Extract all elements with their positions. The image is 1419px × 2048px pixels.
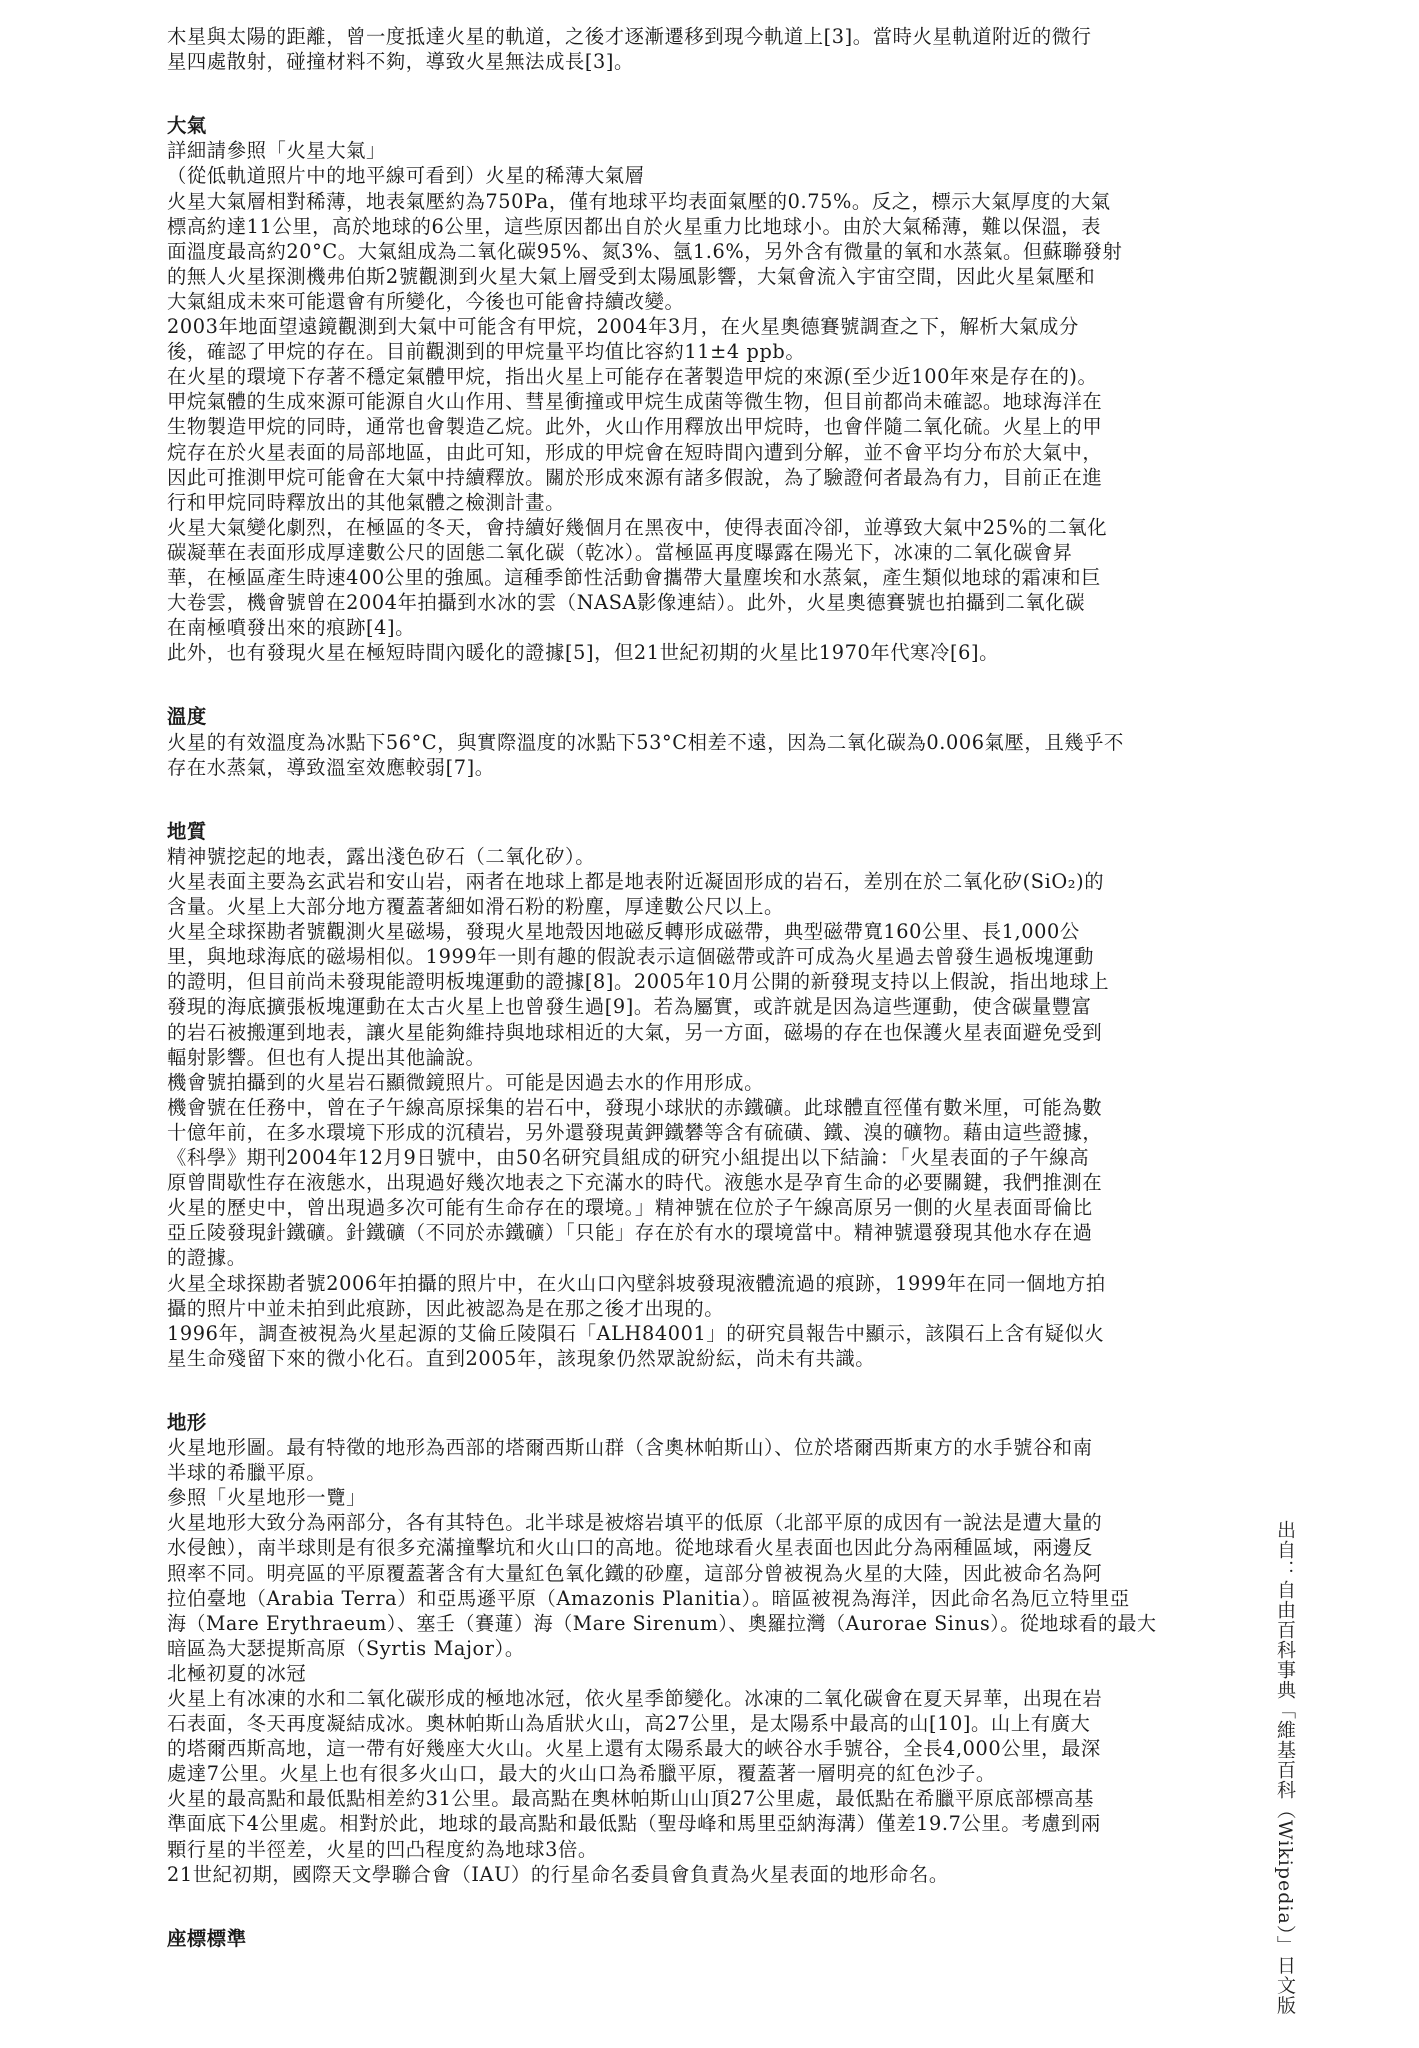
paragraph: 此外，也有發現火星在極短時間內暖化的證據[5]，但21世紀初期的火星比1970年… [167, 640, 1167, 665]
image-caption: （從低軌道照片中的地平線可看到）火星的稀薄大氣層 [167, 163, 1157, 188]
text-line: 的岩石被搬運到地表，讓火星能夠維持與地球相近的大氣，另一方面，磁場的存在也保護火… [167, 1020, 1157, 1045]
see-also-link: 參照「火星地形一覽」 [167, 1485, 1157, 1510]
text-line: 生物製造甲烷的同時，通常也會製造乙烷。此外，火山作用釋放出甲烷時，也會伴隨二氧化… [167, 414, 1157, 439]
image-caption: 北極初夏的冰冠 [167, 1661, 1157, 1686]
paragraph: 2003年地面望遠鏡觀測到大氣中可能含有甲烷，2004年3月，在火星奧德賽號調查… [167, 314, 1167, 364]
text-line: 在南極噴發出來的痕跡[4]。 [167, 615, 1157, 640]
source-attribution: 出自：自由百科事典「維基百科（Wikipedia）」日文版 [1270, 1520, 1300, 2015]
text-line: 在火星的環境下存著不穩定氣體甲烷，指出火星上可能存在著製造甲烷的來源(至少近10… [167, 364, 1157, 389]
text-line: 照率不同。明亮區的平原覆蓋著含有大量紅色氧化鐵的砂塵，這部分曾被視為火星的大陸，… [167, 1561, 1157, 1586]
paragraph: 火星大氣層相對稀薄，地表氣壓約為750Pa，僅有地球平均表面氣壓的0.75%。反… [167, 189, 1167, 314]
text-line: 海（Mare Erythraeum）、塞壬（賽蓮）海（Mare Sirenum）… [167, 1611, 1139, 1636]
text-line: 星四處散射，碰撞材料不夠，導致火星無法成長[3]。 [167, 49, 1157, 74]
text-line: 21世紀初期，國際天文學聯合會（IAU）的行星命名委員會負責為火星表面的地形命名… [167, 1862, 1157, 1887]
see-also-link: 詳細請參照「火星大氣」 [167, 138, 1157, 163]
text-line: 火星的最高點和最低點相差約31公里。最高點在奧林帕斯山山頂27公里處，最低點在希… [167, 1786, 1157, 1811]
section-terrain: 地形 火星地形圖。最有特徵的地形為西部的塔爾西斯山群（含奧林帕斯山）、位於塔爾西… [167, 1410, 1167, 1887]
text-line: 里，與地球海底的磁場相似。1999年一則有趣的假說表示這個磁帶或許可成為火星過去… [167, 944, 1157, 969]
section-heading-atmosphere: 大氣 [167, 113, 1157, 138]
paragraph: 火星地形大致分為兩部分，各有其特色。北半球是被熔岩填平的低原（北部平原的成因有一… [167, 1510, 1167, 1661]
paragraph: 火星表面主要為玄武岩和安山岩，兩者在地球上都是地表附近凝固形成的岩石，差別在於二… [167, 869, 1167, 919]
section-heading-coordinates: 座標標準 [167, 1926, 1157, 1951]
text-line: 發現的海底擴張板塊運動在太古火星上也曾發生過[9]。若為屬實，或許就是因為這些運… [167, 994, 1157, 1019]
section-temperature: 溫度 火星的有效溫度為冰點下56°C，與實際溫度的冰點下53°C相差不遠，因為二… [167, 704, 1167, 779]
text-line: 石表面，冬天再度凝結成冰。奧林帕斯山為盾狀火山，高27公里，是太陽系中最高的山[… [167, 1711, 1157, 1736]
image-caption: 機會號拍攝到的火星岩石顯微鏡照片。可能是因過去水的作用形成。 [167, 1070, 1157, 1095]
text-line: 火星的歷史中，曾出現過多次可能有生命存在的環境。」精神號在位於子午線高原另一側的… [167, 1195, 1157, 1220]
text-line: 火星的有效溫度為冰點下56°C，與實際溫度的冰點下53°C相差不遠，因為二氧化碳… [167, 730, 1157, 755]
paragraph: 火星全球探勘者號2006年拍攝的照片中，在火山口內壁斜坡發現液體流過的痕跡，19… [167, 1271, 1167, 1321]
text-line: 標高約達11公里，高於地球的6公里，這些原因都出自於火星重力比地球小。由於大氣稀… [167, 214, 1157, 239]
image-caption: 精神號挖起的地表，露出淺色矽石（二氧化矽）。 [167, 844, 1157, 869]
text-line: 火星地形大致分為兩部分，各有其特色。北半球是被熔岩填平的低原（北部平原的成因有一… [167, 1510, 1157, 1535]
text-line: 顆行星的半徑差，火星的凹凸程度約為地球3倍。 [167, 1837, 1157, 1862]
paragraph: 機會號在任務中，曾在子午線高原採集的岩石中，發現小球狀的赤鐵礦。此球體直徑僅有數… [167, 1095, 1167, 1271]
paragraph: 火星上有冰凍的水和二氧化碳形成的極地冰冠，依火星季節變化。冰凍的二氧化碳會在夏天… [167, 1686, 1167, 1786]
intro-paragraph: 木星與太陽的距離，曾一度抵達火星的軌道，之後才逐漸遷移到現今軌道上[3]。當時火… [167, 24, 1167, 74]
text-line: 大氣組成未來可能還會有所變化，今後也可能會持續改變。 [167, 289, 1157, 314]
section-heading-geology: 地質 [167, 819, 1157, 844]
text-line: 甲烷氣體的生成來源可能源自火山作用、彗星衝撞或甲烷生成菌等微生物，但目前都尚未確… [167, 389, 1157, 414]
text-line: 處達7公里。火星上也有很多火山口，最大的火山口為希臘平原，覆蓋著一層明亮的紅色沙… [167, 1761, 1157, 1786]
paragraph: 1996年，調查被視為火星起源的艾倫丘陵隕石「ALH84001」的研究員報告中顯… [167, 1321, 1167, 1371]
section-geology: 地質 精神號挖起的地表，露出淺色矽石（二氧化矽）。 火星表面主要為玄武岩和安山岩… [167, 819, 1167, 1371]
text-line: 星生命殘留下來的微小化石。直到2005年，該現象仍然眾說紛紜，尚未有共識。 [167, 1346, 1157, 1371]
text-line: 含量。火星上大部分地方覆蓋著細如滑石粉的粉塵，厚達數公尺以上。 [167, 894, 1157, 919]
text-line: 暗區為大瑟提斯高原（Syrtis Major）。 [167, 1636, 1157, 1661]
text-line: 的無人火星探測機弗伯斯2號觀測到火星大氣上層受到太陽風影響，大氣會流入宇宙空間，… [167, 264, 1157, 289]
text-line: 亞丘陵發現針鐵礦。針鐵礦（不同於赤鐵礦）「只能」存在於有水的環境當中。精神號還發… [167, 1220, 1157, 1245]
paragraph: 火星的最高點和最低點相差約31公里。最高點在奧林帕斯山山頂27公里處，最低點在希… [167, 1786, 1167, 1861]
text-line: 因此可推測甲烷可能會在大氣中持續釋放。關於形成來源有諸多假說，為了驗證何者最為有… [167, 465, 1157, 490]
section-heading-temperature: 溫度 [167, 704, 1157, 729]
image-caption: 半球的希臘平原。 [167, 1460, 1157, 1485]
section-coordinates: 座標標準 [167, 1926, 1167, 1951]
text-line: 火星上有冰凍的水和二氧化碳形成的極地冰冠，依火星季節變化。冰凍的二氧化碳會在夏天… [167, 1686, 1157, 1711]
text-line: 火星大氣層相對稀薄，地表氣壓約為750Pa，僅有地球平均表面氣壓的0.75%。反… [167, 189, 1157, 214]
text-line: 輻射影響。但也有人提出其他論說。 [167, 1045, 1157, 1070]
text-line: 2003年地面望遠鏡觀測到大氣中可能含有甲烷，2004年3月，在火星奧德賽號調查… [167, 314, 1157, 339]
text-line: 《科學》期刊2004年12月9日號中，由50名研究員組成的研究小組提出以下結論：… [167, 1145, 1157, 1170]
image-caption: 火星地形圖。最有特徵的地形為西部的塔爾西斯山群（含奧林帕斯山）、位於塔爾西斯東方… [167, 1435, 1157, 1460]
text-line: 碳凝華在表面形成厚達數公尺的固態二氧化碳（乾冰）。當極區再度曝露在陽光下，冰凍的… [167, 540, 1157, 565]
paragraph: 21世紀初期，國際天文學聯合會（IAU）的行星命名委員會負責為火星表面的地形命名… [167, 1862, 1167, 1887]
document-page: 木星與太陽的距離，曾一度抵達火星的軌道，之後才逐漸遷移到現今軌道上[3]。當時火… [167, 24, 1167, 1951]
text-line: 拉伯臺地（Arabia Terra）和亞馬遜平原（Amazonis Planit… [167, 1586, 1157, 1611]
text-line: 後，確認了甲烷的存在。目前觀測到的甲烷量平均值比容約11±4 ppb。 [167, 339, 1157, 364]
text-line: 面溫度最高約20°C。大氣組成為二氧化碳95%、氮3%、氬1.6%，另外含有微量… [167, 239, 1157, 264]
text-line: 火星表面主要為玄武岩和安山岩，兩者在地球上都是地表附近凝固形成的岩石，差別在於二… [167, 869, 1157, 894]
text-line: 火星大氣變化劇烈，在極區的冬天，會持續好幾個月在黑夜中，使得表面冷卻，並導致大氣… [167, 515, 1157, 540]
text-line: 原曾間歇性存在液態水，出現過好幾次地表之下充滿水的時代。液態水是孕育生命的必要關… [167, 1170, 1157, 1195]
text-line: 烷存在於火星表面的局部地區，由此可知，形成的甲烷會在短時間內遭到分解，並不會平均… [167, 440, 1157, 465]
text-line: 十億年前，在多水環境下形成的沉積岩，另外還發現黃鉀鐵礬等含有硫磺、鐵、溴的礦物。… [167, 1120, 1157, 1145]
text-line: 1996年，調查被視為火星起源的艾倫丘陵隕石「ALH84001」的研究員報告中顯… [167, 1321, 1157, 1346]
paragraph: 在火星的環境下存著不穩定氣體甲烷，指出火星上可能存在著製造甲烷的來源(至少近10… [167, 364, 1167, 515]
paragraph: 火星大氣變化劇烈，在極區的冬天，會持續好幾個月在黑夜中，使得表面冷卻，並導致大氣… [167, 515, 1167, 640]
text-line: 水侵蝕），南半球則是有很多充滿撞擊坑和火山口的高地。從地球看火星表面也因此分為兩… [167, 1535, 1157, 1560]
text-line: 的塔爾西斯高地，這一帶有好幾座大火山。火星上還有太陽系最大的峽谷水手號谷，全長4… [167, 1736, 1157, 1761]
paragraph: 火星的有效溫度為冰點下56°C，與實際溫度的冰點下53°C相差不遠，因為二氧化碳… [167, 730, 1167, 780]
text-line: 的證據。 [167, 1245, 1157, 1270]
text-line: 的證明，但目前尚未發現能證明板塊運動的證據[8]。2005年10月公開的新發現支… [167, 969, 1157, 994]
section-atmosphere: 大氣 詳細請參照「火星大氣」 （從低軌道照片中的地平線可看到）火星的稀薄大氣層 … [167, 113, 1167, 665]
text-line: 攝的照片中並未拍到此痕跡，因此被認為是在那之後才出現的。 [167, 1296, 1157, 1321]
text-line: 火星全球探勘者號觀測火星磁場，發現火星地殼因地磁反轉形成磁帶，典型磁帶寬160公… [167, 919, 1157, 944]
text-line: 大卷雲，機會號曾在2004年拍攝到水冰的雲（NASA影像連結）。此外，火星奧德賽… [167, 590, 1157, 615]
paragraph: 火星全球探勘者號觀測火星磁場，發現火星地殼因地磁反轉形成磁帶，典型磁帶寬160公… [167, 919, 1167, 1070]
section-heading-terrain: 地形 [167, 1410, 1157, 1435]
text-line: 此外，也有發現火星在極短時間內暖化的證據[5]，但21世紀初期的火星比1970年… [167, 640, 1157, 665]
text-line: 存在水蒸氣，導致溫室效應較弱[7]。 [167, 755, 1157, 780]
text-line: 行和甲烷同時釋放出的其他氣體之檢測計畫。 [167, 490, 1157, 515]
text-line: 木星與太陽的距離，曾一度抵達火星的軌道，之後才逐漸遷移到現今軌道上[3]。當時火… [167, 24, 1157, 49]
text-line: 機會號在任務中，曾在子午線高原採集的岩石中，發現小球狀的赤鐵礦。此球體直徑僅有數… [167, 1095, 1157, 1120]
text-line: 火星全球探勘者號2006年拍攝的照片中，在火山口內壁斜坡發現液體流過的痕跡，19… [167, 1271, 1157, 1296]
text-line: 華，在極區產生時速400公里的強風。這種季節性活動會攜帶大量塵埃和水蒸氣，產生類… [167, 565, 1157, 590]
text-line: 準面底下4公里處。相對於此，地球的最高點和最低點（聖母峰和馬里亞納海溝）僅差19… [167, 1811, 1157, 1836]
